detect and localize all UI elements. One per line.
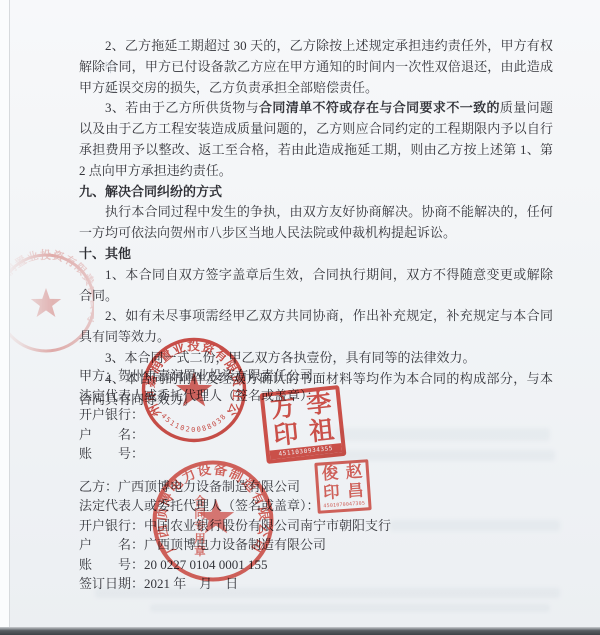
party-a-stamp-star-icon xyxy=(176,372,212,406)
clause-3: 3、若由于乙方所供货物与合同清单不符或存在与合同要求不一致的质量问题以及由于乙方… xyxy=(79,98,553,181)
seal-char: 印 xyxy=(323,485,341,503)
party-b-round-stamp: 广西顶博电力设备制造有限公司 合同专用章 xyxy=(150,458,276,584)
party-a-stamp-code: 4511020088038 xyxy=(159,412,228,434)
scan-left-edge xyxy=(0,0,10,635)
party-b-label: 乙方： xyxy=(79,479,118,494)
bleed-through-smudge xyxy=(335,428,550,441)
seal-char: 俊 xyxy=(321,466,339,484)
seal-char: 祖 xyxy=(308,418,335,445)
party-b-stamp-company-text: 广西顶博电力设备制造有限公司 xyxy=(153,461,273,557)
party-b-account-no-label: 账 号： xyxy=(79,557,144,572)
seal-char: 赵 xyxy=(345,464,363,482)
party-a-name-seal: 方 李 印 祖 4511030934355 xyxy=(260,385,347,464)
seal-char: 印 xyxy=(272,422,299,449)
party-b-name-seal: 俊 赵 印 昌 4501070047305 xyxy=(314,459,371,514)
bleed-through-smudge xyxy=(390,520,560,531)
svg-text:贺州市嘉润置业投资有限责任公司: 贺州市嘉润置业投资有限责任公司 xyxy=(2,247,94,325)
party-b-account-name-label: 户 名： xyxy=(79,537,144,552)
svg-text:广西顶博电力设备制造有限公司: 广西顶博电力设备制造有限公司 xyxy=(153,461,273,557)
party-a-name-seal-characters: 方 李 印 祖 xyxy=(264,389,341,450)
party-b-bank-label: 开户银行： xyxy=(79,518,144,533)
seal-char: 李 xyxy=(305,391,332,418)
bleed-through-smudge xyxy=(150,604,550,612)
heading-article-9: 九、解决合同纠纷的方式 xyxy=(79,182,553,203)
seal-char: 方 xyxy=(269,395,296,422)
signing-date-label: 签订日期： xyxy=(79,576,144,591)
clause-3-pre: 3、若由于乙方所供货物与 xyxy=(105,100,259,115)
clause-2: 2、乙方拖延工期超过 30 天的，乙方除按上述规定承担违约责任外，甲方有权解除合… xyxy=(79,36,553,98)
party-a-label: 甲方： xyxy=(79,368,118,383)
clause-9-1: 执行本合同过程中发生的争执，由双方友好协商解决。协商不能解决的，任何一方均可依法… xyxy=(79,202,553,244)
party-a-round-stamp: 贺州市嘉润置业投资有限责任公司 4511020088038 xyxy=(140,336,248,444)
clause-3-bold: 合同清单不符或存在与合同要求不一致的 xyxy=(259,100,500,115)
seal-char: 昌 xyxy=(347,483,365,501)
edge-stamp-star-icon xyxy=(31,288,61,317)
clause-10-1: 1、本合同自双方签字盖章后生效，合同执行期间，双方不得随意变更或解除合同。 xyxy=(79,265,553,307)
svg-text:4511020088038: 4511020088038 xyxy=(159,412,228,434)
edge-partial-round-stamp: 贺州市嘉润置业投资有限责任公司 xyxy=(2,244,94,364)
edge-stamp-arc-text: 贺州市嘉润置业投资有限责任公司 xyxy=(2,247,94,325)
scan-bottom-edge xyxy=(0,627,600,635)
party-b-name-seal-characters: 俊 赵 印 昌 xyxy=(317,462,368,503)
party-b-stamp-center-text: 合同专用章 xyxy=(193,494,206,557)
heading-article-10: 十、其他 xyxy=(79,244,553,265)
scanned-contract-page: 甲 乙 2、乙方拖延工期超过 30 天的，乙方除按上述规定承担违约责任外，甲方有… xyxy=(0,0,600,635)
